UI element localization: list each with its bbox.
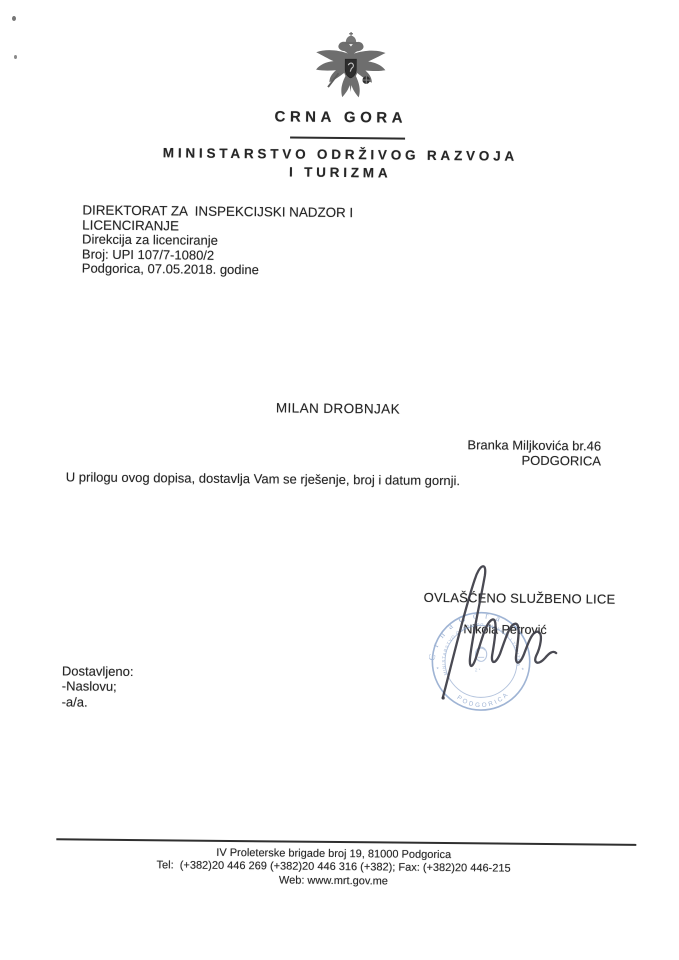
recipient-street: Branka Miljkovića br.46 bbox=[467, 437, 601, 453]
ministry-name-line2: I TURIZMA bbox=[1, 162, 679, 184]
signature-scribble bbox=[424, 551, 571, 712]
country-name: CRNA GORA bbox=[1, 106, 679, 130]
delivery-block: Dostavljeno: -Naslovu; -a/a. bbox=[62, 663, 134, 710]
sender-block: DIREKTORAT ZA INSPEKCIJSKI NADZOR I LICE… bbox=[82, 204, 354, 280]
body-paragraph: U prilogu ovog dopisa, dostavlja Vam se … bbox=[66, 469, 460, 488]
recipient-address: Branka Miljkovića br.46 PODGORICA bbox=[467, 437, 601, 468]
letter-sheet: CRNA GORA MINISTARSTVO ODRŽIVOG RAZVOJA … bbox=[0, 0, 679, 960]
delivery-item-aa: -a/a. bbox=[62, 694, 134, 710]
delivery-item-naslovu: -Naslovu; bbox=[62, 679, 134, 695]
recipient-city: PODGORICA bbox=[467, 452, 601, 468]
letterhead-divider bbox=[290, 137, 405, 140]
footer-divider bbox=[56, 838, 636, 846]
recipient-name: MILAN DROBNJAK bbox=[0, 398, 678, 420]
scanned-letter-page: { "document": { "letterhead": { "country… bbox=[0, 0, 679, 960]
delivery-label: Dostavljeno: bbox=[62, 663, 134, 679]
coat-of-arms-montenegro-icon bbox=[306, 30, 395, 109]
sender-place-date: Podgorica, 07.05.2018. godine bbox=[82, 262, 353, 279]
